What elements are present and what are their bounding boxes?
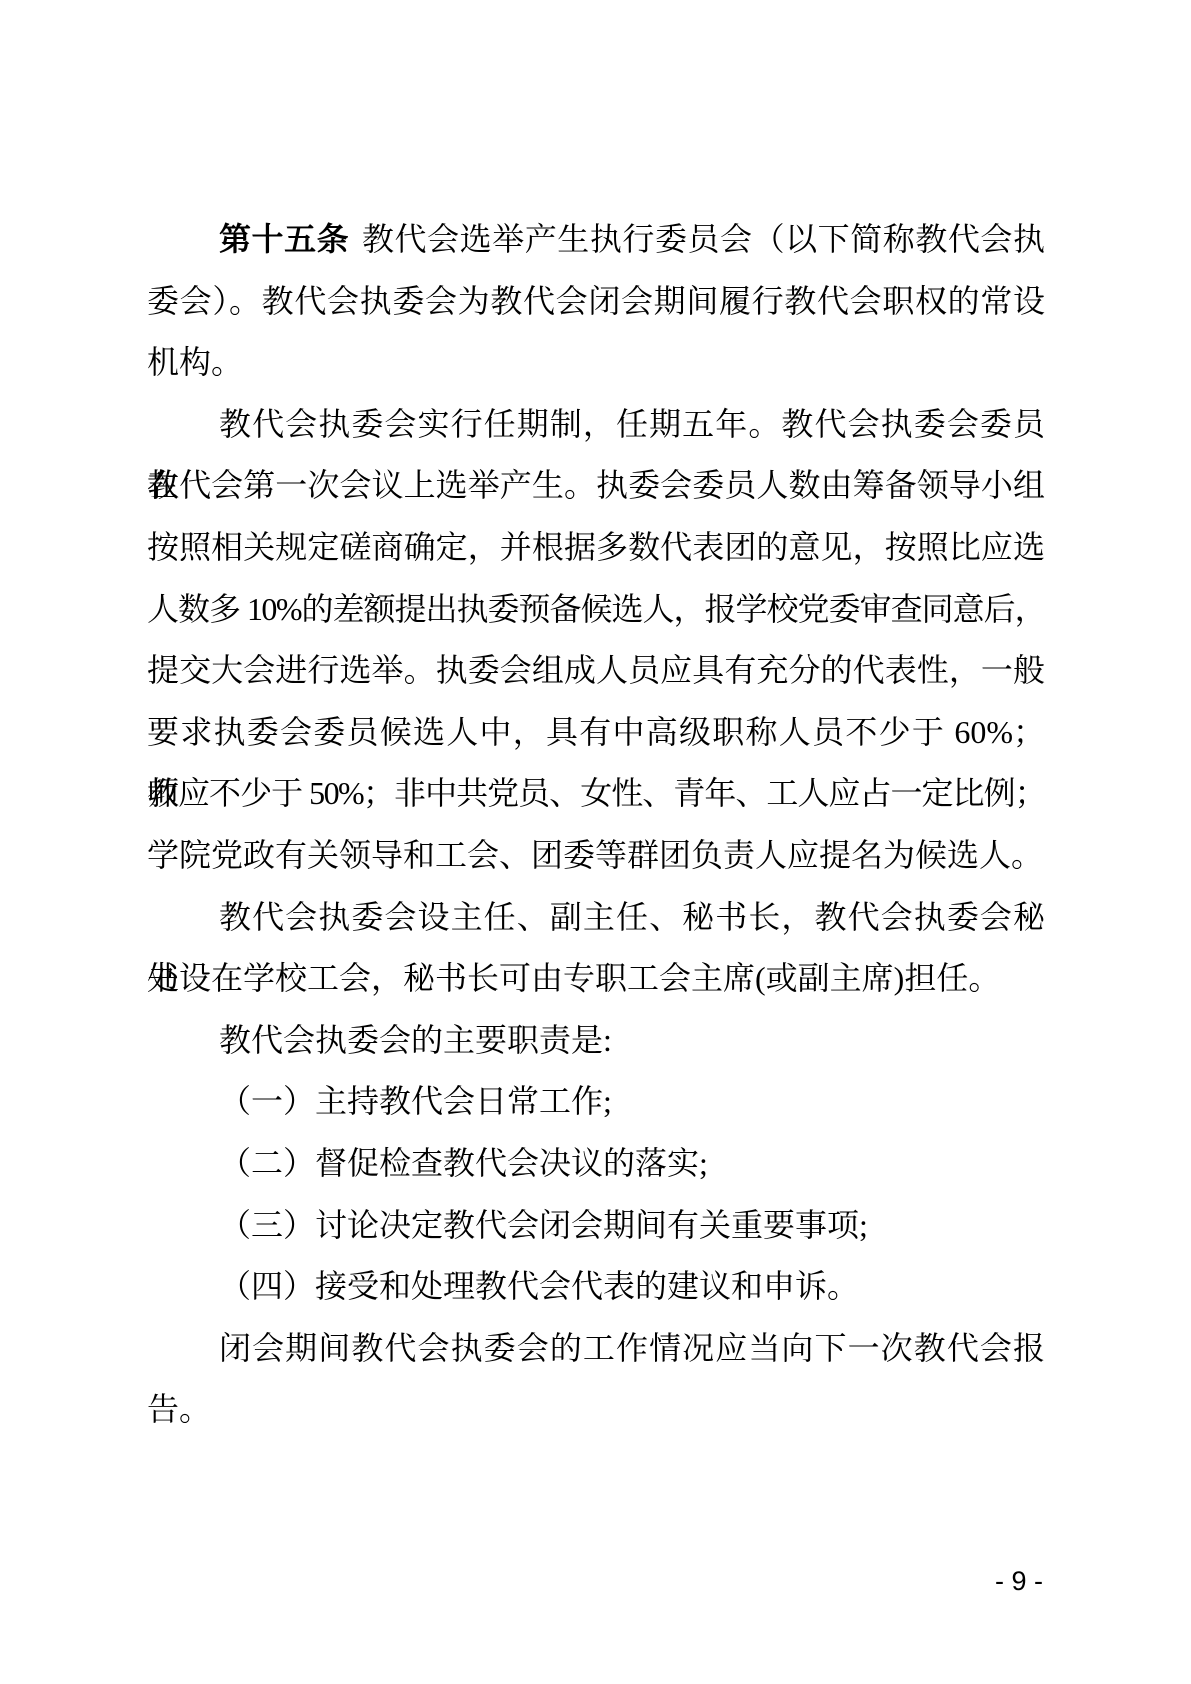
text-line: （一）主持教代会日常工作; bbox=[147, 1071, 1045, 1133]
text-line: 教代会第一次会议上选举产生。执委会委员人数由筹备领导小组 bbox=[147, 455, 1045, 517]
list-item-3: （三）讨论决定教代会闭会期间有关重要事项; bbox=[147, 1195, 1045, 1257]
page-number: - 9 - bbox=[995, 1566, 1043, 1596]
text-line: 闭会期间教代会执委会的工作情况应当向下一次教代会报 bbox=[147, 1318, 1045, 1380]
text-segment: 教代会选举产生执行委员会（以下简称教代会执 bbox=[362, 221, 1045, 257]
text-line: 按照相关规定磋商确定，并根据多数代表团的意见，按照比应选 bbox=[147, 517, 1045, 579]
page-footer: - 9 - bbox=[995, 1566, 1043, 1596]
paragraph-duties-intro: 教代会执委会的主要职责是: bbox=[147, 1010, 1045, 1072]
paragraph-term-and-election: 教代会执委会实行任期制，任期五年。教代会执委会委员在 教代会第一次会议上选举产生… bbox=[147, 394, 1045, 887]
text-line: 提交大会进行选举。执委会组成人员应具有充分的代表性，一般 bbox=[147, 640, 1045, 702]
paragraph-article-15: 第十五条教代会选举产生执行委员会（以下简称教代会执 委会）。教代会执委会为教代会… bbox=[147, 209, 1045, 394]
list-item-4: （四）接受和处理教代会代表的建议和申诉。 bbox=[147, 1256, 1045, 1318]
list-item-1: （一）主持教代会日常工作; bbox=[147, 1071, 1045, 1133]
text-line: 委会）。教代会执委会为教代会闭会期间履行教代会职权的常设 bbox=[147, 271, 1045, 333]
text-line: 教代会执委会设主任、副主任、秘书长，教代会执委会秘书 bbox=[147, 887, 1045, 949]
document-page: 第十五条教代会选举产生执行委员会（以下简称教代会执 委会）。教代会执委会为教代会… bbox=[0, 0, 1191, 1684]
paragraph-reporting: 闭会期间教代会执委会的工作情况应当向下一次教代会报 告。 bbox=[147, 1318, 1045, 1441]
text-line: 师应不少于 50%；非中共党员、女性、青年、工人应占一定比例； bbox=[147, 763, 1045, 825]
text-line: 要求执委会委员候选人中，具有中高级职称人员不少于 60%；教 bbox=[147, 702, 1045, 764]
list-item-2: （二）督促检查教代会决议的落实; bbox=[147, 1133, 1045, 1195]
text-line: 第十五条教代会选举产生执行委员会（以下简称教代会执 bbox=[147, 209, 1045, 271]
article-number: 第十五条 bbox=[219, 221, 349, 257]
text-line: 处设在学校工会，秘书长可由专职工会主席(或副主席)担任。 bbox=[147, 948, 1045, 1010]
text-line: （四）接受和处理教代会代表的建议和申诉。 bbox=[147, 1256, 1045, 1318]
text-line: 教代会执委会实行任期制，任期五年。教代会执委会委员在 bbox=[147, 394, 1045, 456]
text-line: 教代会执委会的主要职责是: bbox=[147, 1010, 1045, 1072]
paragraph-officers: 教代会执委会设主任、副主任、秘书长，教代会执委会秘书 处设在学校工会，秘书长可由… bbox=[147, 887, 1045, 1010]
text-line: 机构。 bbox=[147, 332, 1045, 394]
text-line: （二）督促检查教代会决议的落实; bbox=[147, 1133, 1045, 1195]
text-line: 告。 bbox=[147, 1379, 1045, 1441]
text-line: （三）讨论决定教代会闭会期间有关重要事项; bbox=[147, 1195, 1045, 1257]
text-line: 学院党政有关领导和工会、团委等群团负责人应提名为候选人。 bbox=[147, 825, 1045, 887]
text-line: 人数多 10%的差额提出执委预备候选人，报学校党委审查同意后， bbox=[147, 579, 1045, 641]
document-body: 第十五条教代会选举产生执行委员会（以下简称教代会执 委会）。教代会执委会为教代会… bbox=[147, 209, 1045, 1441]
